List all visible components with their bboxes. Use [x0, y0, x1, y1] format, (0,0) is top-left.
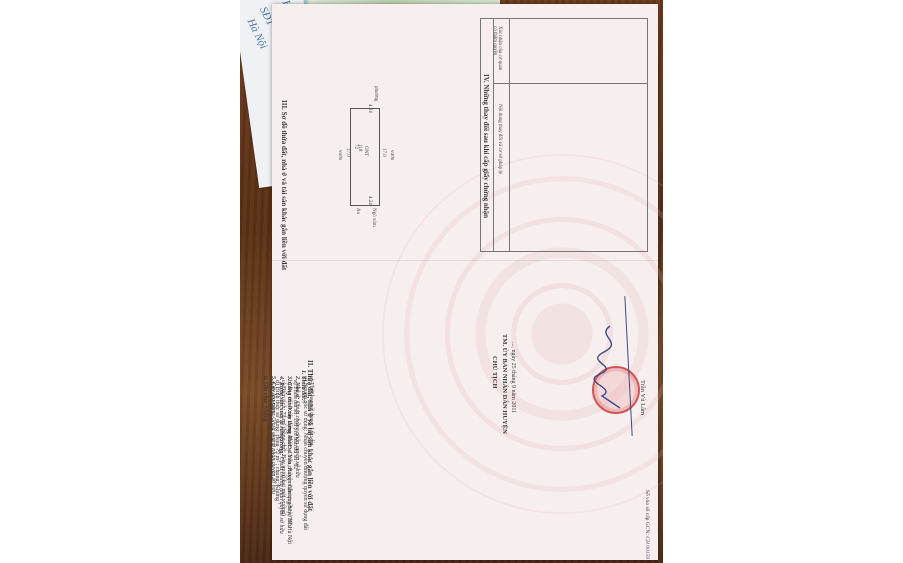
- usage-term-line: e) Thời hạn sử dụng: Lâu dài: [308, 376, 314, 446]
- certificate-content: e) Thời hạn sử dụng: Lâu dài g) Nguồn gố…: [272, 4, 658, 560]
- other-construction-line: 3. Công trình xây dựng khác: Chưa chứng …: [286, 376, 292, 528]
- perennial-line: 5. Cây lâu năm: Chưa chứng nhận quyền sở…: [270, 376, 276, 494]
- forest-line: 4. Rừng sản xuất là rừng trồng: Chưa chứ…: [278, 376, 284, 534]
- house-line: 2. Nhà ở: Chưa chứng nhận quyền sở hữu: [294, 376, 300, 478]
- note-line: 6. Ghi chú: Không: [262, 376, 268, 422]
- usage-origin-line: g) Nguồn gốc sử dụng: Nhận chuyển nhượng…: [302, 376, 308, 530]
